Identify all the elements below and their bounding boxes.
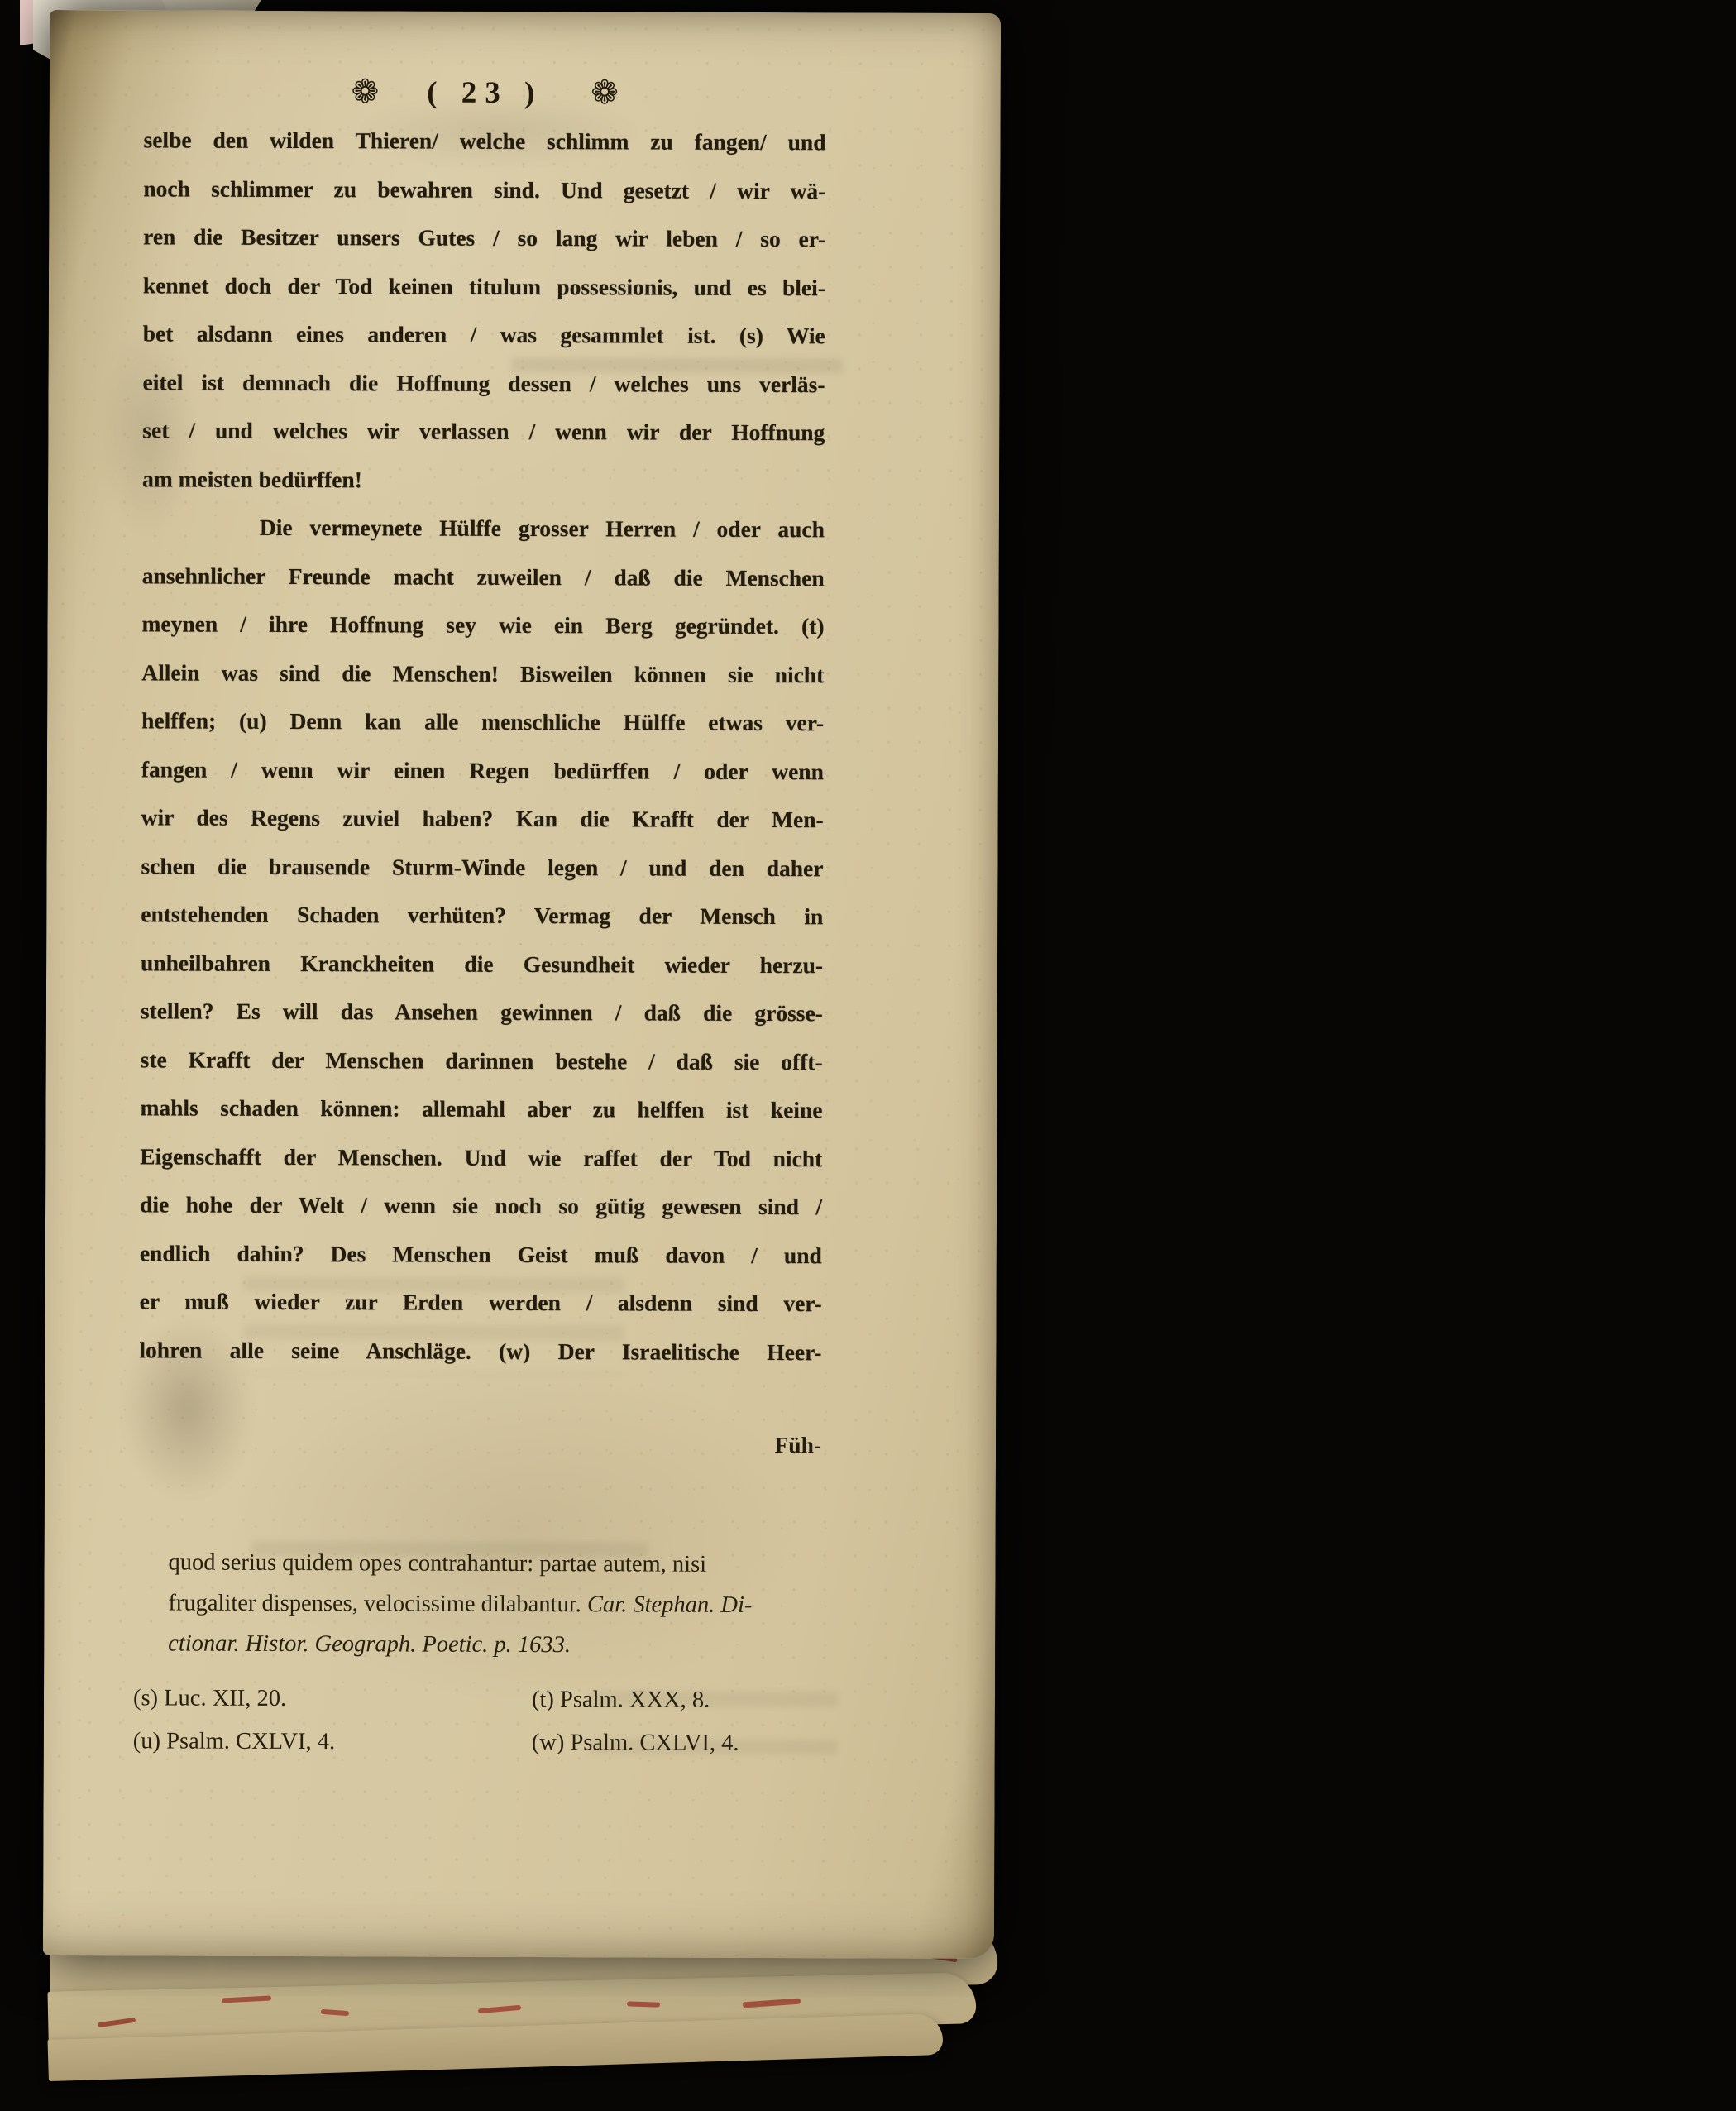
text-line: stellen? Es will das Ansehen gewinnen / … <box>141 987 823 1037</box>
footnote-ref: (u) Psalm. CXLVI, 4. <box>133 1720 532 1764</box>
text-line: bet alsdann eines anderen / was gesammle… <box>143 309 825 360</box>
footnote-ref-row: (u) Psalm. CXLVI, 4. (w) Psalm. CXLVI, 4… <box>133 1720 833 1765</box>
footnote-citation: Car. Stephan. Di- <box>587 1592 753 1618</box>
text-line: die hohe der Welt / wenn sie noch so güt… <box>140 1180 822 1231</box>
text-line: endlich dahin? Des Menschen Geist muß da… <box>140 1229 822 1280</box>
catchword: Füh- <box>139 1429 821 1458</box>
footnote-line: quod serius quidem opes contrahantur: pa… <box>168 1543 833 1586</box>
footnotes: quod serius quidem opes contrahantur: pa… <box>133 1542 834 1765</box>
text-line: ste Krafft der Menschen darinnen bestehe… <box>141 1036 823 1086</box>
body-text: selbe den wilden Thieren/ welche schlimm… <box>139 116 825 1376</box>
text-line: mahls schaden können: allemahl aber zu h… <box>140 1084 822 1134</box>
footnote-ref: (s) Luc. XII, 20. <box>133 1677 532 1721</box>
text-line: eitel ist demnach die Hoffnung dessen / … <box>142 358 825 409</box>
photo-backdrop: ❁ ( 23 ) ❁ selbe den wilden Thieren/ wel… <box>0 0 1736 2111</box>
text-line: Die vermeynete Hülffe grosser Herren / o… <box>142 503 825 553</box>
rosette-ornament-right-icon: ❁ <box>591 76 619 109</box>
footnote-line: frugaliter dispenses, velocissime dilaba… <box>168 1583 833 1626</box>
text-line: kennet doch der Tod keinen titulum posse… <box>143 261 825 312</box>
text-line: selbe den wilden Thieren/ welche schlimm… <box>143 116 825 166</box>
footnote-text: frugaliter dispenses, velocissime dilaba… <box>168 1591 587 1618</box>
footnote-ref: (w) Psalm. CXLVI, 4. <box>532 1721 833 1765</box>
footnote-references: (s) Luc. XII, 20. (t) Psalm. XXX, 8. (u)… <box>133 1677 833 1765</box>
footnote-citation: ctionar. Histor. Geograph. Poetic. p. 16… <box>168 1624 833 1667</box>
text-line: noch schlimmer zu bewahren sind. Und ges… <box>143 165 825 215</box>
text-line: unheilbahren Kranckheiten die Gesundheit… <box>141 939 823 989</box>
page-number: ( 23 ) <box>427 74 543 110</box>
text-line: entstehenden Schaden verhüten? Vermag de… <box>141 890 823 941</box>
text-line: schen die brausende Sturm-Winde legen / … <box>141 842 823 893</box>
footnote-ref: (t) Psalm. XXX, 8. <box>532 1678 833 1722</box>
text-line: lohren alle seine Anschläge. (w) Der Isr… <box>139 1326 821 1376</box>
text-line: helffen; (u) Denn kan alle menschliche H… <box>141 696 824 747</box>
text-line: am meisten bedürffen! <box>142 455 825 505</box>
text-line: Eigenschafft der Menschen. Und wie raffe… <box>140 1132 822 1183</box>
text-line: ansehnlicher Freunde macht zuweilen / da… <box>142 552 825 602</box>
text-line: Allein was sind die Menschen! Bisweilen … <box>141 649 824 699</box>
rosette-ornament-left-icon: ❁ <box>352 75 380 108</box>
footnote-quote: quod serius quidem opes contrahantur: pa… <box>168 1543 834 1667</box>
text-line: set / und welches wir verlassen / wenn w… <box>142 406 825 457</box>
footnote-ref-row: (s) Luc. XII, 20. (t) Psalm. XXX, 8. <box>133 1677 833 1722</box>
page-header: ❁ ( 23 ) ❁ <box>144 69 826 115</box>
text-line: er muß wieder zur Erden werden / alsdenn… <box>140 1277 822 1328</box>
text-line: wir des Regens zuviel haben? Kan die Kra… <box>141 793 824 844</box>
book-page: ❁ ( 23 ) ❁ selbe den wilden Thieren/ wel… <box>43 10 1001 1959</box>
text-line: fangen / wenn wir einen Regen bedürffen … <box>141 745 824 796</box>
text-line: meynen / ihre Hoffnung sey wie ein Berg … <box>141 600 824 650</box>
text-line: ren die Besitzer unsers Gutes / so lang … <box>143 213 825 263</box>
